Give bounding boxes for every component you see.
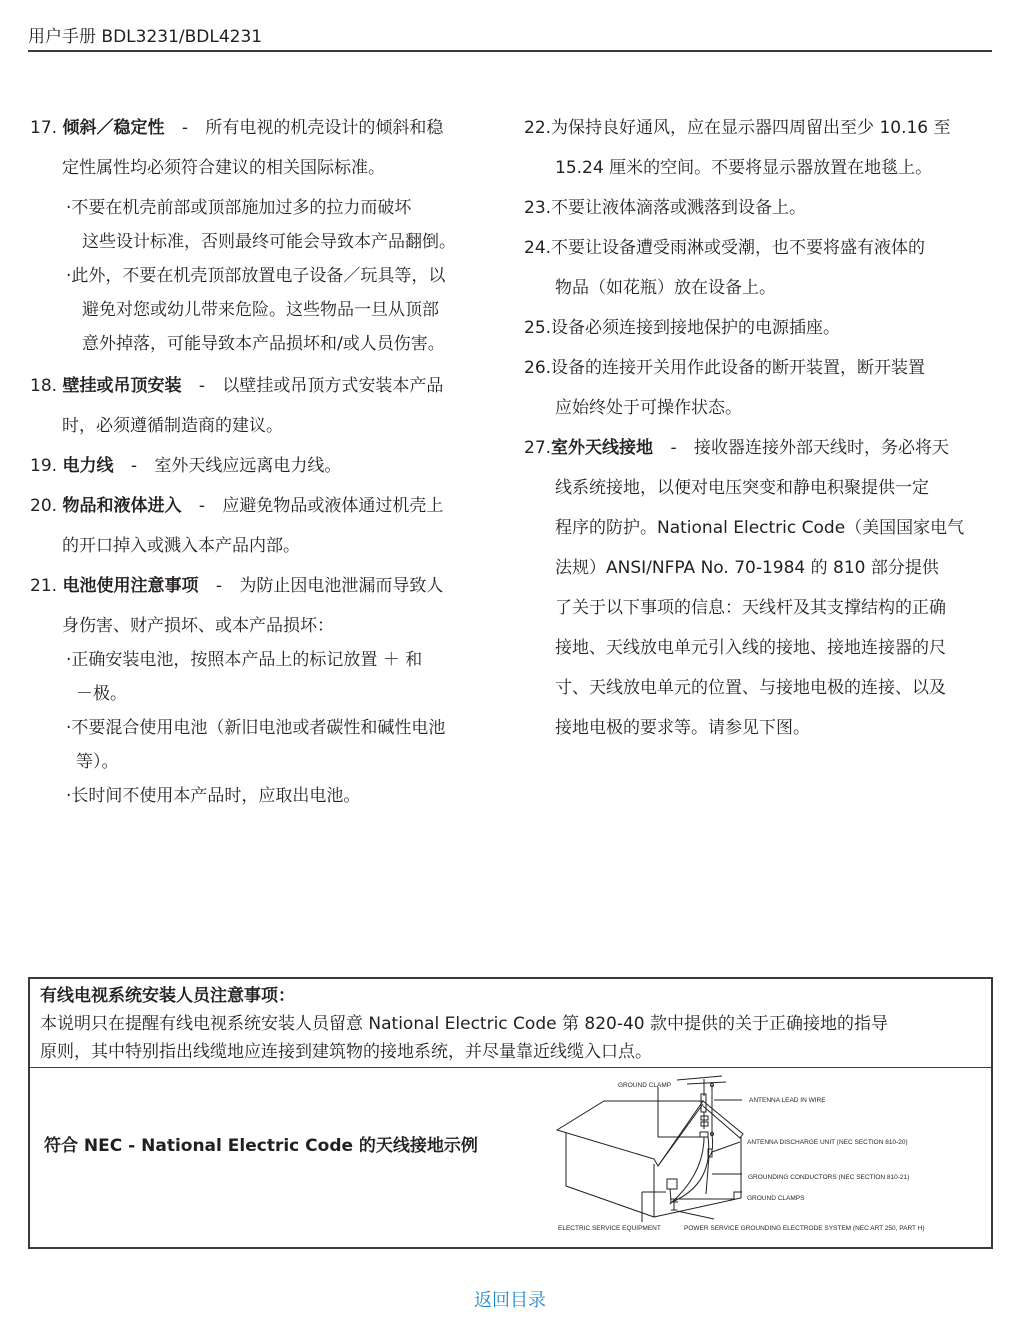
note-line: 本说明只在提醒有线电视系统安装人员留意 National Electric Co… bbox=[40, 1010, 991, 1038]
item-text: 为防止因电池泄漏而导致人 bbox=[239, 576, 443, 596]
list-item-27: 27.室外天线接地 - 接收器连接外部天线时，务必将天 线系统接地，以便对电压突… bbox=[524, 432, 1000, 752]
item-dash: - bbox=[187, 490, 217, 522]
item-text: 定性属性均必须符合建议的相关国际标准。 bbox=[30, 152, 510, 192]
manual-title: 用户手册 BDL3231/BDL4231 bbox=[28, 27, 262, 47]
item-title: 倾斜／稳定性 bbox=[62, 118, 164, 138]
item-dash: - bbox=[204, 570, 234, 602]
bullet-text: 这些设计标准，否则最终可能会导致本产品翻倒。 bbox=[30, 226, 510, 260]
label-power-service-grounding: POWER SERVICE GROUNDING ELECTRODE SYSTEM… bbox=[684, 1225, 925, 1232]
item-text: 身伤害、财产损坏、或本产品损坏： bbox=[30, 610, 510, 644]
item-title: 室外天线接地 bbox=[551, 438, 653, 458]
item-text: 接收器连接外部天线时，务必将天 bbox=[694, 438, 949, 458]
item-dash: - bbox=[187, 370, 217, 402]
page-header: 用户手册 BDL3231/BDL4231 bbox=[28, 26, 992, 52]
item-title: 壁挂或吊顶安装 bbox=[62, 376, 181, 396]
example-label: 符合 NEC - National Electric Code 的天线接地示例 bbox=[44, 1131, 478, 1156]
left-column: 17. 倾斜／稳定性 - 所有电视的机壳设计的倾斜和稳 定性属性均必须符合建议的… bbox=[30, 112, 510, 814]
back-to-toc-label[interactable]: 返回目录 bbox=[474, 1290, 546, 1311]
list-item-19: 19. 电力线 - 室外天线应远离电力线。 bbox=[30, 450, 510, 490]
bullet-text: 等）。 bbox=[30, 746, 510, 780]
item-text: 寸、天线放电单元的位置、与接地电极的连接、以及 bbox=[524, 672, 1000, 712]
label-grounding-conductors: GROUNDING CONDUCTORS (NEC SECTION 810-21… bbox=[748, 1174, 909, 1181]
item-text: 的开口掉入或溅入本产品内部。 bbox=[30, 530, 510, 570]
item-text: 接地、天线放电单元引入线的接地、接地连接器的尺 bbox=[524, 632, 1000, 672]
item-text: 线系统接地，以便对电压突变和静电积聚提供一定 bbox=[524, 472, 1000, 512]
item-title: 电池使用注意事项 bbox=[62, 576, 198, 596]
item-text: 所有电视的机壳设计的倾斜和稳 bbox=[205, 118, 443, 138]
list-item-20: 20. 物品和液体进入 - 应避免物品或液体通过机壳上 的开口掉入或溅入本产品内… bbox=[30, 490, 510, 570]
item-number: 22. bbox=[524, 112, 551, 144]
item-number: 23. bbox=[524, 192, 551, 224]
cable-installer-note-box: 有线电视系统安装人员注意事项： 本说明只在提醒有线电视系统安装人员留意 Nati… bbox=[28, 977, 993, 1249]
bullet-text: ·长时间不使用本产品时，应取出电池。 bbox=[30, 780, 510, 814]
bullet-text: －极。 bbox=[30, 678, 510, 712]
item-title: 电力线 bbox=[62, 456, 113, 476]
item-number: 17. bbox=[30, 112, 57, 144]
item-text: 15.24 厘米的空间。不要将显示器放置在地毯上。 bbox=[524, 152, 1000, 192]
item-text: 以壁挂或吊顶方式安装本产品 bbox=[222, 376, 443, 396]
antenna-grounding-diagram-icon: GROUND CLAMP ANTENNA LEAD IN WIRE ANTENN… bbox=[554, 1074, 974, 1242]
bullet-text: ·此外，不要在机壳顶部放置电子设备／玩具等，以 bbox=[30, 260, 510, 294]
note-line: 原则，其中特别指出线缆地应连接到建筑物的接地系统，并尽量靠近线缆入口点。 bbox=[40, 1038, 991, 1066]
item-number: 27. bbox=[524, 432, 551, 464]
bullet-text: ·不要在机壳前部或顶部施加过多的拉力而破坏 bbox=[30, 192, 510, 226]
label-antenna-discharge-unit: ANTENNA DISCHARGE UNIT (NEC SECTION 810-… bbox=[747, 1139, 908, 1146]
item-text: 了关于以下事项的信息：天线杆及其支撑结构的正确 bbox=[524, 592, 1000, 632]
item-text: 物品（如花瓶）放在设备上。 bbox=[524, 272, 1000, 312]
item-text: 设备必须连接到接地保护的电源插座。 bbox=[551, 318, 840, 338]
list-item-24: 24.不要让设备遭受雨淋或受潮，也不要将盛有液体的 物品（如花瓶）放在设备上。 bbox=[524, 232, 1000, 312]
item-number: 19. bbox=[30, 450, 57, 482]
note-title: 有线电视系统安装人员注意事项： bbox=[40, 982, 991, 1010]
item-number: 24. bbox=[524, 232, 551, 264]
item-text: 室外天线应远离电力线。 bbox=[154, 456, 341, 476]
list-item-26: 26.设备的连接开关用作此设备的断开装置，断开装置 应始终处于可操作状态。 bbox=[524, 352, 1000, 432]
item-text: 应始终处于可操作状态。 bbox=[524, 392, 1000, 432]
item-text: 接地电极的要求等。请参见下图。 bbox=[524, 712, 1000, 752]
item-text: 不要让设备遭受雨淋或受潮，也不要将盛有液体的 bbox=[551, 238, 925, 258]
item-dash: - bbox=[170, 112, 200, 144]
bullet-text: ·不要混合使用电池（新旧电池或者碳性和碱性电池 bbox=[30, 712, 510, 746]
back-to-toc-link[interactable]: 返回目录 bbox=[0, 1286, 1020, 1312]
item-title: 物品和液体进入 bbox=[62, 496, 181, 516]
list-item-18: 18. 壁挂或吊顶安装 - 以壁挂或吊顶方式安装本产品 时，必须遵循制造商的建议… bbox=[30, 370, 510, 450]
item-text: 为保持良好通风，应在显示器四周留出至少 10.16 至 bbox=[551, 118, 950, 138]
item-dash: - bbox=[658, 432, 688, 464]
list-item-17: 17. 倾斜／稳定性 - 所有电视的机壳设计的倾斜和稳 定性属性均必须符合建议的… bbox=[30, 112, 510, 362]
item-number: 18. bbox=[30, 370, 57, 402]
item-dash: - bbox=[119, 450, 149, 482]
list-item-23: 23.不要让液体滴落或溅落到设备上。 bbox=[524, 192, 1000, 232]
list-item-25: 25.设备必须连接到接地保护的电源插座。 bbox=[524, 312, 1000, 352]
label-ground-clamps: GROUND CLAMPS bbox=[747, 1195, 805, 1202]
example-section: 符合 NEC - National Electric Code 的天线接地示例 bbox=[30, 1068, 991, 1247]
label-antenna-lead-in: ANTENNA LEAD IN WIRE bbox=[749, 1097, 826, 1104]
bullet-text: ·正确安装电池，按照本产品上的标记放置 ＋ 和 bbox=[30, 644, 510, 678]
item-text: 不要让液体滴落或溅落到设备上。 bbox=[551, 198, 806, 218]
item-number: 21. bbox=[30, 570, 57, 602]
bullet-text: 避免对您或幼儿带来危险。这些物品一旦从顶部 bbox=[30, 294, 510, 328]
bullet-text: 意外掉落，可能导致本产品损坏和/或人员伤害。 bbox=[30, 328, 510, 362]
item-number: 25. bbox=[524, 312, 551, 344]
item-text: 程序的防护。National Electric Code（美国国家电气 bbox=[524, 512, 1000, 552]
item-text: 时，必须遵循制造商的建议。 bbox=[30, 410, 510, 450]
item-number: 26. bbox=[524, 352, 551, 384]
item-text: 应避免物品或液体通过机壳上 bbox=[222, 496, 443, 516]
right-column: 22.为保持良好通风，应在显示器四周留出至少 10.16 至 15.24 厘米的… bbox=[524, 112, 1000, 752]
list-item-21: 21. 电池使用注意事项 - 为防止因电池泄漏而导致人 身伤害、财产损坏、或本产… bbox=[30, 570, 510, 814]
label-electric-service-equipment: ELECTRIC SERVICE EQUIPMENT bbox=[558, 1225, 661, 1232]
label-ground-clamp: GROUND CLAMP bbox=[618, 1082, 671, 1089]
item-text: 设备的连接开关用作此设备的断开装置，断开装置 bbox=[551, 358, 925, 378]
note-text-section: 有线电视系统安装人员注意事项： 本说明只在提醒有线电视系统安装人员留意 Nati… bbox=[30, 979, 991, 1068]
item-number: 20. bbox=[30, 490, 57, 522]
item-text: 法规）ANSI/NFPA No. 70-1984 的 810 部分提供 bbox=[524, 552, 1000, 592]
list-item-22: 22.为保持良好通风，应在显示器四周留出至少 10.16 至 15.24 厘米的… bbox=[524, 112, 1000, 192]
